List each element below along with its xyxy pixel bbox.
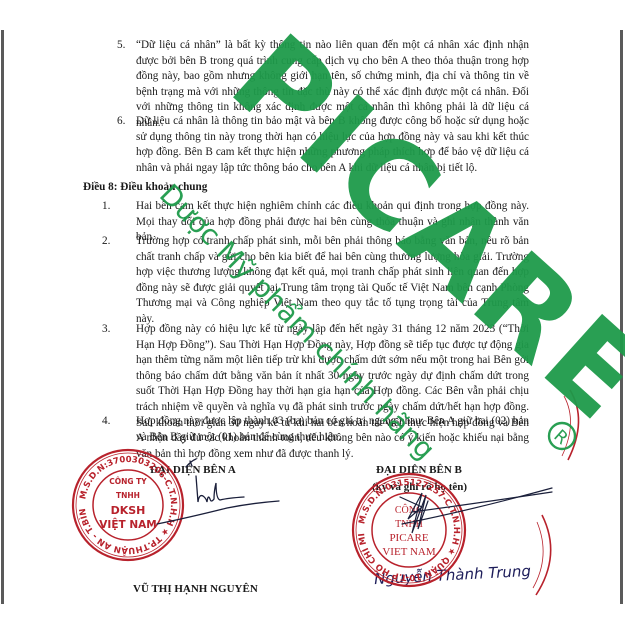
svg-text:VIET NAM: VIET NAM	[382, 546, 435, 558]
svg-text:PICARE: PICARE	[389, 532, 428, 544]
svg-text:CÔNG TY: CÔNG TY	[109, 477, 147, 486]
svg-text:VIỆT NAM: VIỆT NAM	[99, 518, 156, 531]
svg-text:DKSH: DKSH	[111, 504, 146, 517]
stamp-party-a: M.S.D.N:3700303206-C.T.N.H.H ★ TP.THUẬN …	[0, 0, 183, 560]
partial-stamp-right-lower	[533, 515, 551, 595]
svg-text:M.S.D.N:3700303206-C.T.N.H.H ★: M.S.D.N:3700303206-C.T.N.H.H ★ TP.THUẬN …	[0, 0, 178, 556]
graphics-overlay: M.S.D.N:3700303206-C.T.N.H.H ★ TP.THUẬN …	[0, 0, 625, 625]
svg-text:TNHH: TNHH	[116, 491, 140, 500]
watermark-brand: PICARE	[206, 8, 625, 448]
watermark: PICARE Dược Mỹ phẩm chính hãng R	[153, 8, 625, 466]
